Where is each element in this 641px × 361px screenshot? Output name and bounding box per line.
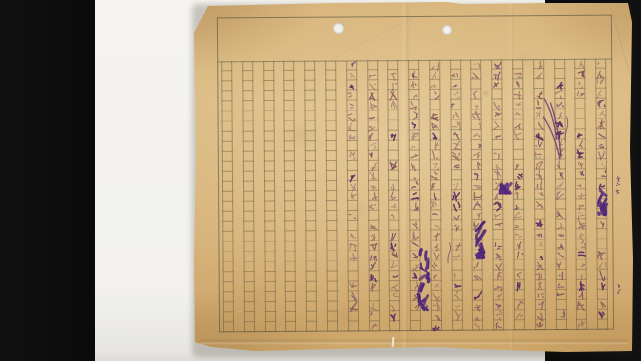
punch-hole bbox=[333, 23, 344, 34]
letterboxed-scan bbox=[0, 0, 641, 361]
punch-hole bbox=[442, 25, 452, 35]
ruled-grid-layer bbox=[193, 0, 634, 355]
left-letterbox-bar bbox=[0, 0, 95, 361]
handwriting-layer bbox=[193, 0, 634, 355]
manuscript-paper bbox=[194, 2, 633, 354]
photo-backdrop bbox=[95, 0, 545, 361]
